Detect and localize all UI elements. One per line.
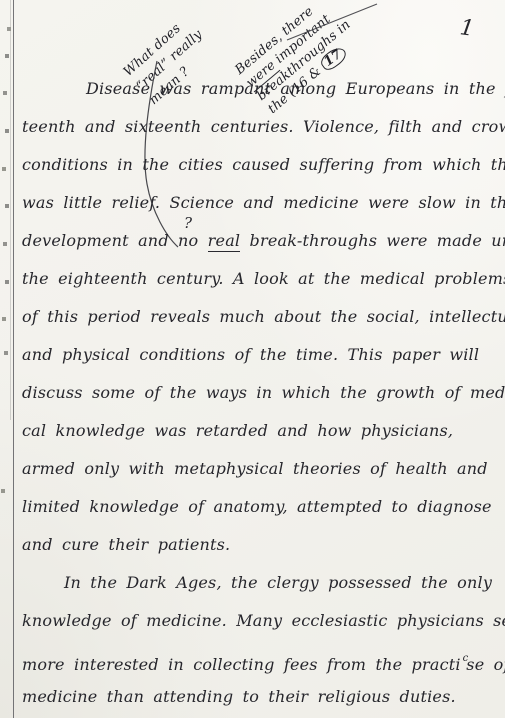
handwritten-line: the eighteenth century. A look at the me…	[22, 260, 498, 298]
text-segment: break-throughs were made until	[240, 231, 505, 250]
handwritten-line: was little relief. Science and medicine …	[22, 184, 498, 222]
text-segment: development and no	[22, 231, 208, 250]
text-segment: knowledge of medicine. Many ecclesiastic…	[22, 611, 505, 630]
text-segment: discuss some of the ways in which the gr…	[22, 383, 505, 402]
text-segment: was little relief. Science and medicine …	[22, 193, 505, 212]
text-segment: limited knowledge of anatomy, attempted …	[22, 497, 492, 516]
text-segment: and cure their patients.	[22, 535, 230, 554]
manuscript-page: 1 What does“real” reallymean ? Besides, …	[0, 0, 505, 718]
handwritten-line: knowledge of medicine. Many ecclesiastic…	[22, 602, 498, 640]
text-segment: teenth and sixteenth centuries. Violence…	[22, 117, 505, 136]
handwritten-line: teenth and sixteenth centuries. Violence…	[22, 108, 498, 146]
text-segment: more interested in collecting fees from …	[22, 655, 461, 674]
text-segment: and physical conditions of the time. Thi…	[22, 345, 479, 364]
handwritten-line: conditions in the cities caused sufferin…	[22, 146, 498, 184]
text-segment: se of	[466, 655, 505, 674]
text-segment: cal knowledge was retarded and how physi…	[22, 421, 453, 440]
handwritten-line: development and no real break-throughs w…	[22, 222, 498, 260]
handwritten-line: more interested in collecting fees from …	[22, 640, 498, 678]
text-segment: armed only with metaphysical theories of…	[22, 459, 488, 478]
text-segment: of this period reveals much about the so…	[22, 307, 505, 326]
handwritten-line: and physical conditions of the time. Thi…	[22, 336, 498, 374]
handwritten-line: medicine than attending to their religio…	[22, 678, 498, 716]
text-segment: medicine than attending to their religio…	[22, 687, 456, 706]
handwritten-line: and cure their patients.	[22, 526, 498, 564]
handwritten-line: discuss some of the ways in which the gr…	[22, 374, 498, 412]
page-number: 1	[458, 15, 475, 42]
text-segment: the eighteenth century. A look at the me…	[22, 269, 505, 288]
handwritten-line: cal knowledge was retarded and how physi…	[22, 412, 498, 450]
handwritten-line: of this period reveals much about the so…	[22, 298, 498, 336]
handwritten-line: limited knowledge of anatomy, attempted …	[22, 488, 498, 526]
underlined-word: real	[208, 231, 241, 252]
handwritten-line: armed only with metaphysical theories of…	[22, 450, 498, 488]
text-segment: conditions in the cities caused sufferin…	[22, 155, 505, 174]
handwritten-line: In the Dark Ages, the clergy possessed t…	[22, 564, 498, 602]
essay-body: Disease was rampant among Europeans in t…	[22, 70, 498, 716]
scan-specks	[0, 0, 2, 2]
page-edge-line	[13, 0, 14, 718]
text-segment: Disease was rampant among Europeans in t…	[86, 79, 505, 98]
text-segment: In the Dark Ages, the clergy possessed t…	[64, 573, 492, 592]
handwritten-line: Disease was rampant among Europeans in t…	[22, 70, 498, 108]
